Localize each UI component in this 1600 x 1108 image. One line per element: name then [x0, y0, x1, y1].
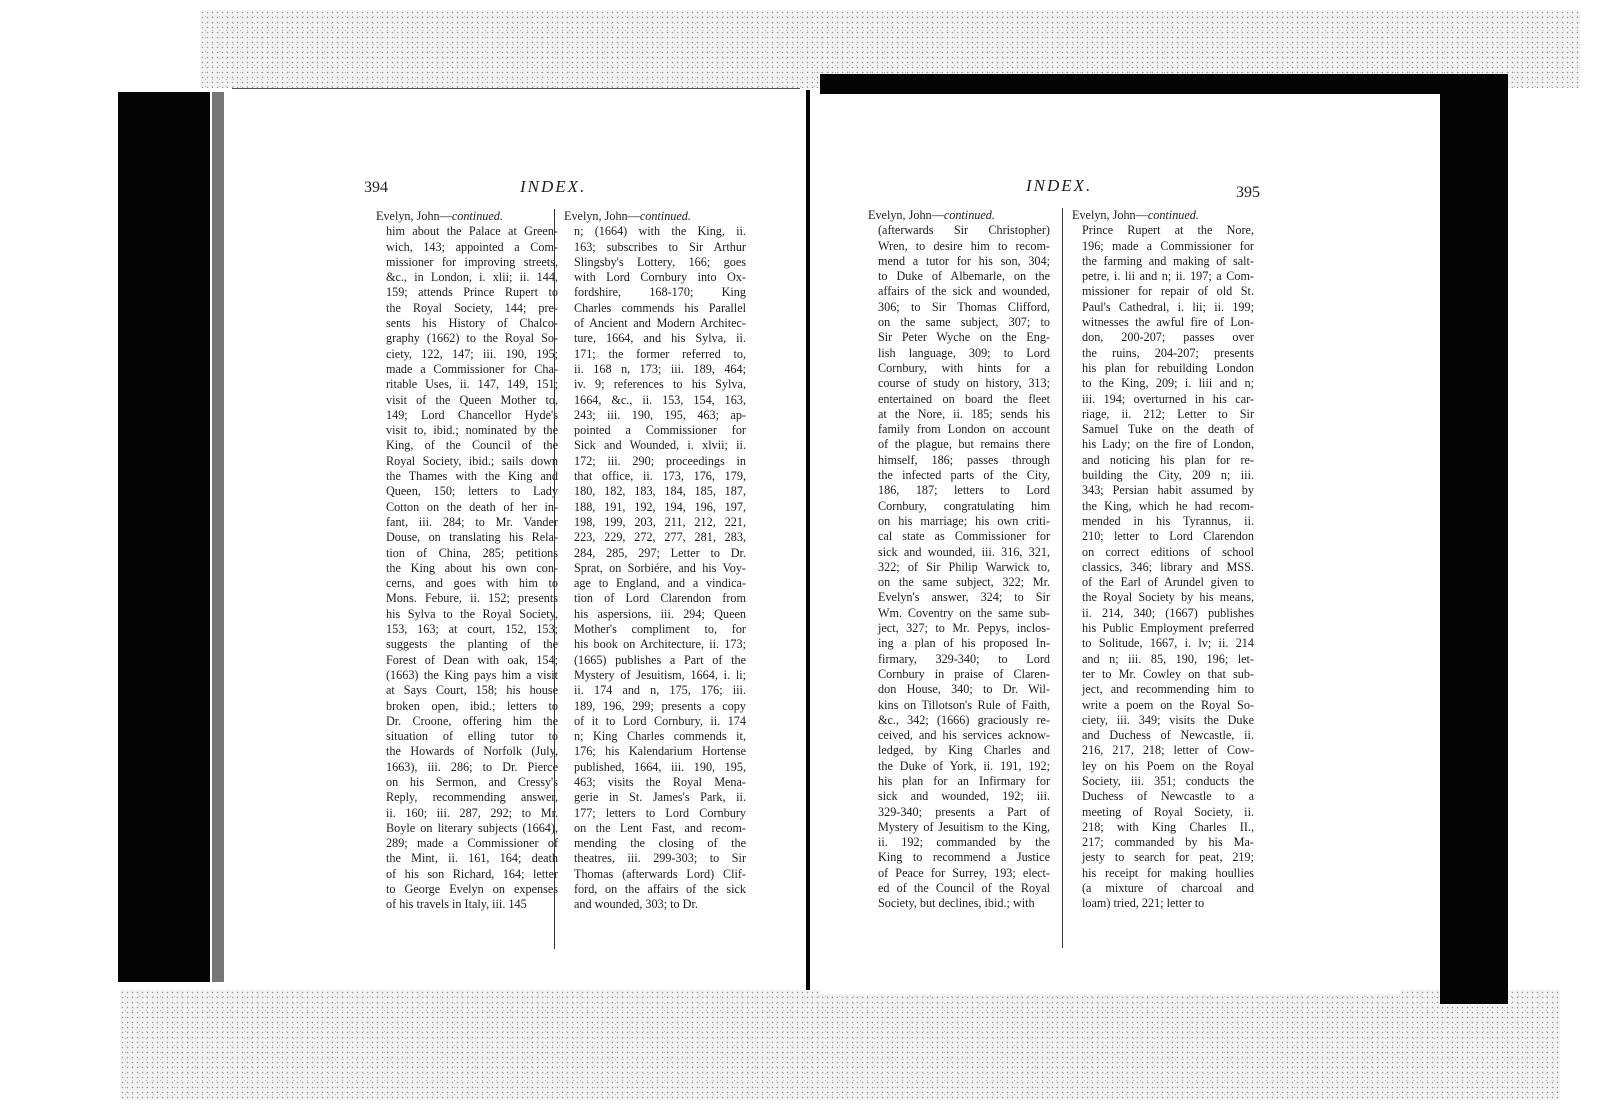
index-line: wich, 143; appointed a Com- — [386, 240, 558, 255]
index-line: Douse, on translating his Rela- — [386, 530, 558, 545]
index-line: to the King, 209; i. liii and n; — [1082, 376, 1254, 391]
index-line: Cornbury, congratulating him — [878, 499, 1050, 514]
index-line: cerns, and goes with him to — [386, 576, 558, 591]
running-head-right: INDEX. — [1026, 176, 1092, 196]
index-line: affairs of the sick and wounded, — [878, 284, 1050, 299]
index-line: 217; commanded by his Ma- — [1082, 835, 1254, 850]
index-line: 188, 191, 192, 194, 196, 197, — [574, 500, 746, 515]
index-line: Charles commends his Parallel — [574, 301, 746, 316]
index-line: his Lady; on the fire of London, — [1082, 437, 1254, 452]
index-line: 210; letter to Lord Clarendon — [1082, 529, 1254, 544]
index-line: graphy (1662) to the Royal So- — [386, 331, 558, 346]
index-line: him about the Palace at Green- — [386, 224, 558, 239]
index-line: his plan for an Infirmary for — [878, 774, 1050, 789]
index-line: 196; made a Commissioner for — [1082, 239, 1254, 254]
index-line: ledged, by King Charles and — [878, 743, 1050, 758]
index-line: Reply, recommending answer, — [386, 790, 558, 805]
index-line: &c., 342; (1666) graciously re- — [878, 713, 1050, 728]
entry-heading: Evelyn, John—continued. — [868, 208, 1050, 223]
entry-heading: Evelyn, John—continued. — [564, 209, 746, 224]
index-line: and Duchess of Newcastle, ii. — [1082, 728, 1254, 743]
entry-body: n; (1664) with the King, ii.163; subscri… — [564, 224, 746, 912]
index-line: 1664, &c., ii. 153, 154, 163, — [574, 393, 746, 408]
index-line: of his travels in Italy, iii. 145 — [386, 897, 558, 912]
index-line: ciety, iii. 349; visits the Duke — [1082, 713, 1254, 728]
entry-heading: Evelyn, John—continued. — [376, 209, 558, 224]
index-line: 189, 196, 299; presents a copy — [574, 699, 746, 714]
index-line: Slingsby's Lottery, 166; goes — [574, 255, 746, 270]
index-line: Society, iii. 351; conducts the — [1082, 774, 1254, 789]
index-line: made a Commissioner for Cha- — [386, 362, 558, 377]
index-line: the Duke of York, ii. 191, 192; — [878, 759, 1050, 774]
right-page: INDEX. 395 Evelyn, John—continued. (afte… — [820, 94, 1400, 994]
index-line: 329-340; presents a Part of — [878, 805, 1050, 820]
index-line: (afterwards Sir Christopher) — [878, 223, 1050, 238]
index-line: and n; iii. 85, 190, 196; let- — [1082, 652, 1254, 667]
index-line: to Solitude, 1667, i. lv; ii. 214 — [1082, 636, 1254, 651]
index-line: petre, i. lii and n; ii. 197; a Com- — [1082, 269, 1254, 284]
index-line: Wm. Coventry on the same sub- — [878, 606, 1050, 621]
index-line: visit to, ibid.; nominated by the — [386, 423, 558, 438]
index-line: Duchess of Newcastle to a — [1082, 789, 1254, 804]
column-rule — [554, 209, 555, 949]
index-line: sick and wounded, iii. 316, 321, — [878, 545, 1050, 560]
index-line: tion of China, 285; petitions — [386, 546, 558, 561]
index-line: the Howards of Norfolk (July, — [386, 744, 558, 759]
index-line: Thomas (afterwards Lord) Clif- — [574, 867, 746, 882]
index-line: to Duke of Albemarle, on the — [878, 269, 1050, 284]
entry-body: him about the Palace at Green-wich, 143;… — [376, 224, 558, 912]
index-line: Cotton on the death of her in- — [386, 500, 558, 515]
index-line: broken open, ibid.; letters to — [386, 699, 558, 714]
index-line: Samuel Tuke on the death of — [1082, 422, 1254, 437]
index-line: on the Lent Fast, and recom- — [574, 821, 746, 836]
index-line: Royal Society, ibid.; sails down — [386, 454, 558, 469]
index-line: &c., in London, i. xlii; ii. 144, — [386, 270, 558, 285]
index-line: fant, iii. 284; to Mr. Vander — [386, 515, 558, 530]
index-line: with Lord Cornbury into Ox- — [574, 270, 746, 285]
index-line: 171; the former referred to, — [574, 347, 746, 362]
entry-body: (afterwards Sir Christopher)Wren, to des… — [868, 223, 1050, 911]
left-book-edge — [118, 92, 210, 982]
index-line: ject, 327; to Mr. Pepys, inclos- — [878, 621, 1050, 636]
index-line: riage, ii. 212; Letter to Sir — [1082, 407, 1254, 422]
index-line: kins on Tillotson's Rule of Faith, — [878, 698, 1050, 713]
column-rule — [1062, 208, 1063, 948]
index-line: of it to Lord Cornbury, ii. 174 — [574, 714, 746, 729]
index-line: his Sylva to the Royal Society, — [386, 607, 558, 622]
index-line: 243; iii. 190, 195, 463; ap- — [574, 408, 746, 423]
left-page: 394 INDEX. Evelyn, John—continued. him a… — [232, 88, 800, 989]
index-line: himself, 186; passes through — [878, 453, 1050, 468]
index-line: write a poem on the Royal So- — [1082, 698, 1254, 713]
index-line: ter to Mr. Cowley on that sub- — [1082, 667, 1254, 682]
page-number-left: 394 — [364, 179, 388, 197]
index-line: 177; letters to Lord Cornbury — [574, 806, 746, 821]
index-line: (a mixture of charcoal and — [1082, 881, 1254, 896]
index-line: the ruins, 204-207; presents — [1082, 346, 1254, 361]
index-line: gerie in St. James's Park, ii. — [574, 790, 746, 805]
index-line: of Ancient and Modern Architec- — [574, 316, 746, 331]
index-line: 306; to Sir Thomas Clifford, — [878, 300, 1050, 315]
index-line: ford, on the affairs of the sick — [574, 882, 746, 897]
index-line: Cornbury, with hints for a — [878, 361, 1050, 376]
index-line: 198, 199, 203, 211, 212, 221, — [574, 515, 746, 530]
index-column-3: Evelyn, John—continued. (afterwards Sir … — [868, 208, 1050, 912]
index-line: and noticing his plan for re- — [1082, 453, 1254, 468]
index-line: Queen, 150; letters to Lady — [386, 484, 558, 499]
index-line: jesty to search for peat, 219; — [1082, 850, 1254, 865]
index-line: Sir Peter Wyche on the Eng- — [878, 330, 1050, 345]
index-line: Prince Rupert at the Nore, — [1082, 223, 1254, 238]
entry-body: Prince Rupert at the Nore,196; made a Co… — [1072, 223, 1254, 911]
index-line: missioner for repair of old St. — [1082, 284, 1254, 299]
index-line: 172; iii. 290; proceedings in — [574, 454, 746, 469]
index-line: entertained on board the fleet — [878, 392, 1050, 407]
running-head-left: INDEX. — [520, 177, 586, 197]
index-line: ceived, and his services acknow- — [878, 728, 1050, 743]
index-line: pointed a Commissioner for — [574, 423, 746, 438]
index-line: ii. 168 n, 173; iii. 189, 464; — [574, 362, 746, 377]
index-line: family from London on account — [878, 422, 1050, 437]
index-line: on the same subject, 322; Mr. — [878, 575, 1050, 590]
index-line: loam) tried, 221; letter to — [1082, 896, 1254, 911]
index-line: ii. 214, 340; (1667) publishes — [1082, 606, 1254, 621]
scan-noise-bottom — [120, 990, 1560, 1100]
index-line: Forest of Dean with oak, 154; — [386, 653, 558, 668]
index-line: Boyle on literary subjects (1664), — [386, 821, 558, 836]
index-line: ii. 192; commanded by the — [878, 835, 1050, 850]
index-line: of the Earl of Arundel given to — [1082, 575, 1254, 590]
index-line: suggests the planting of the — [386, 637, 558, 652]
index-line: iii. 194; overturned in his car- — [1082, 392, 1254, 407]
index-line: of Peace for Surrey, 193; elect- — [878, 866, 1050, 881]
index-line: ing a plan of his proposed In- — [878, 636, 1050, 651]
index-line: n; King Charles commends it, — [574, 729, 746, 744]
index-line: Mystery of Jesuitism to the King, — [878, 820, 1050, 835]
index-line: ed of the Council of the Royal — [878, 881, 1050, 896]
index-column-2: Evelyn, John—continued. n; (1664) with t… — [564, 209, 746, 913]
index-line: mend a tutor for his son, 304; — [878, 254, 1050, 269]
index-line: of his son Richard, 164; letter — [386, 867, 558, 882]
index-line: 284, 285, 297; Letter to Dr. — [574, 546, 746, 561]
index-line: ritable Uses, ii. 147, 149, 151; — [386, 377, 558, 392]
index-line: cal state as Commissioner for — [878, 529, 1050, 544]
index-line: the Mint, ii. 161, 164; death — [386, 851, 558, 866]
index-line: fordshire, 168-170; King — [574, 285, 746, 300]
index-line: theatres, iii. 299-303; to Sir — [574, 851, 746, 866]
gutter-line — [806, 90, 810, 990]
index-line: Wren, to desire him to recom- — [878, 239, 1050, 254]
index-line: don, 200-207; passes over — [1082, 330, 1254, 345]
index-line: 176; his Kalendarium Hortense — [574, 744, 746, 759]
index-line: Cornbury in praise of Claren- — [878, 667, 1050, 682]
index-line: on his marriage; his own criti- — [878, 514, 1050, 529]
index-line: ture, 1664, and his Sylva, ii. — [574, 331, 746, 346]
index-line: 1663), iii. 286; to Dr. Pierce — [386, 760, 558, 775]
index-line: King, of the Council of the — [386, 438, 558, 453]
index-line: 343; Persian habit assumed by — [1082, 483, 1254, 498]
right-book-edge — [1440, 74, 1508, 1004]
index-line: sents his History of Chalco- — [386, 316, 558, 331]
index-line: n; (1664) with the King, ii. — [574, 224, 746, 239]
index-line: 149; Lord Chancellor Hyde's — [386, 408, 558, 423]
entry-heading: Evelyn, John—continued. — [1072, 208, 1254, 223]
index-line: ciety, 122, 147; iii. 190, 195; — [386, 347, 558, 362]
index-line: the King, which he had recom- — [1082, 499, 1254, 514]
index-line: the Thames with the King and — [386, 469, 558, 484]
index-line: published, 1664, iii. 190, 195, — [574, 760, 746, 775]
index-line: on the same subject, 307; to — [878, 315, 1050, 330]
index-line: Mons. Febure, ii. 152; presents — [386, 591, 558, 606]
index-line: 153, 163; at court, 152, 153; — [386, 622, 558, 637]
index-line: his aspersions, iii. 294; Queen — [574, 607, 746, 622]
index-line: 186, 187; letters to Lord — [878, 483, 1050, 498]
index-line: at the Nore, ii. 185; sends his — [878, 407, 1050, 422]
index-line: building the City, 209 n; iii. — [1082, 468, 1254, 483]
index-line: ley on his Poem on the Royal — [1082, 759, 1254, 774]
index-line: age to England, and a vindica- — [574, 576, 746, 591]
index-line: that office, ii. 173, 176, 179, — [574, 469, 746, 484]
index-line: Sprat, on Sorbiére, and his Voy- — [574, 561, 746, 576]
index-line: ii. 160; iii. 287, 292; to Mr. — [386, 806, 558, 821]
index-line: 289; made a Commissioner of — [386, 836, 558, 851]
index-line: tion of Lord Clarendon from — [574, 591, 746, 606]
index-line: 180, 182, 183, 184, 185, 187, — [574, 484, 746, 499]
index-line: course of study on history, 313; — [878, 376, 1050, 391]
index-line: 218; with King Charles II., — [1082, 820, 1254, 835]
index-line: the infected parts of the City, — [878, 468, 1050, 483]
index-line: 463; visits the Royal Mena- — [574, 775, 746, 790]
index-line: ii. 174 and n, 175, 176; iii. — [574, 683, 746, 698]
index-line: Sick and Wounded, i. xlvii; ii. — [574, 438, 746, 453]
index-line: ject, and recommending him to — [1082, 682, 1254, 697]
index-line: the King about his own con- — [386, 561, 558, 576]
index-column-1: Evelyn, John—continued. him about the Pa… — [376, 209, 558, 913]
right-top-edge — [820, 74, 1440, 94]
index-line: at Says Court, 158; his house — [386, 683, 558, 698]
index-line: Paul's Cathedral, i. lii; ii. 199; — [1082, 300, 1254, 315]
index-line: witnesses the awful fire of Lon- — [1082, 315, 1254, 330]
index-line: and wounded, 303; to Dr. — [574, 897, 746, 912]
index-line: Evelyn's answer, 324; to Sir — [878, 590, 1050, 605]
index-line: Mystery of Jesuitism, 1664, i. li; — [574, 668, 746, 683]
index-line: (1665) publishes a Part of the — [574, 653, 746, 668]
index-line: Mother's compliment to, for — [574, 622, 746, 637]
index-line: the Royal Society by his means, — [1082, 590, 1254, 605]
index-line: of the plague, but remains there — [878, 437, 1050, 452]
index-line: classics, 346; library and MSS. — [1082, 560, 1254, 575]
index-line: visit of the Queen Mother to, — [386, 393, 558, 408]
index-line: 322; of Sir Philip Warwick to, — [878, 560, 1050, 575]
index-line: to George Evelyn on expenses — [386, 882, 558, 897]
index-line: sick and wounded, 192; iii. — [878, 789, 1050, 804]
index-line: 223, 229, 272, 277, 281, 283, — [574, 530, 746, 545]
index-line: (1663) the King pays him a visit — [386, 668, 558, 683]
index-line: iv. 9; references to his Sylva, — [574, 377, 746, 392]
index-column-4: Evelyn, John—continued. Prince Rupert at… — [1072, 208, 1254, 912]
index-line: on correct editions of school — [1082, 545, 1254, 560]
index-line: firmary, 329-340; to Lord — [878, 652, 1050, 667]
page-number-right: 395 — [1236, 184, 1260, 202]
index-line: meeting of Royal Society, ii. — [1082, 805, 1254, 820]
index-line: missioner for improving streets, — [386, 255, 558, 270]
index-line: mended in his Tyrannus, ii. — [1082, 514, 1254, 529]
index-line: mending the closing of the — [574, 836, 746, 851]
index-line: his Public Employment preferred — [1082, 621, 1254, 636]
index-line: on his Sermon, and Cressy's — [386, 775, 558, 790]
index-line: his plan for rebuilding London — [1082, 361, 1254, 376]
index-line: the farming and making of salt- — [1082, 254, 1254, 269]
index-line: 216, 217, 218; letter of Cow- — [1082, 743, 1254, 758]
index-line: King to recommend a Justice — [878, 850, 1050, 865]
index-line: 159; attends Prince Rupert to — [386, 285, 558, 300]
index-line: Society, but declines, ibid.; with — [878, 896, 1050, 911]
index-line: his book on Architecture, ii. 173; — [574, 637, 746, 652]
left-book-edge-inner — [212, 92, 224, 982]
index-line: Dr. Croone, offering him the — [386, 714, 558, 729]
index-line: his receipt for making houllies — [1082, 866, 1254, 881]
index-line: the Royal Society, 144; pre- — [386, 301, 558, 316]
index-line: lish language, 309; to Lord — [878, 346, 1050, 361]
index-line: don House, 340; to Dr. Wil- — [878, 682, 1050, 697]
index-line: 163; subscribes to Sir Arthur — [574, 240, 746, 255]
index-line: situation of elling tutor to — [386, 729, 558, 744]
